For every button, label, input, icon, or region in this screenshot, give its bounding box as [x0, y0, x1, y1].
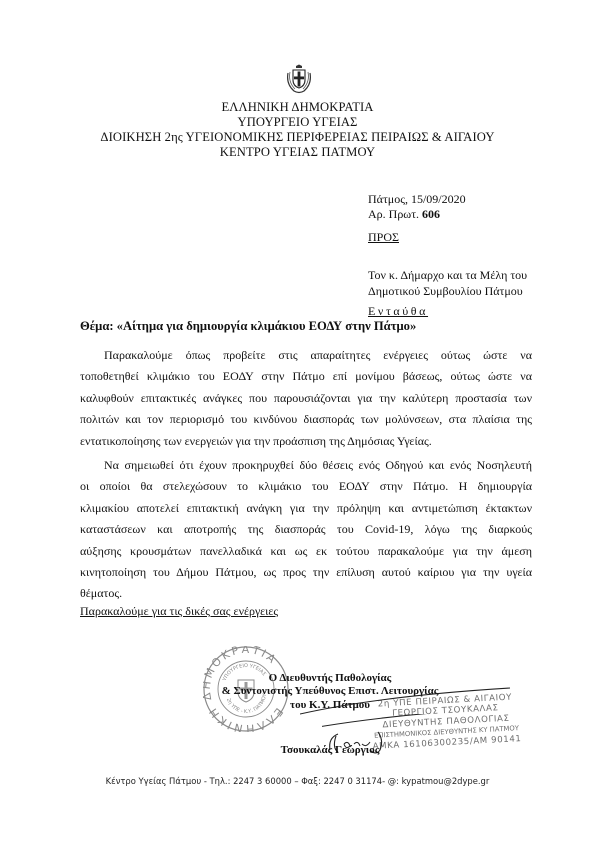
closing-request: Παρακαλούμε για τις δικές σας ενέργειες: [80, 604, 278, 619]
paragraph-2-line: Να σημειωθεί ότι έχουν προκηρυχθεί δύο θ…: [80, 455, 532, 476]
paragraph-2: Να σημειωθεί ότι έχουν προκηρυχθεί δύο θ…: [80, 455, 532, 605]
paragraph-2-line: οι οποίοι θα στελεχώσουν το κλιμάκιο του…: [80, 476, 532, 497]
paragraph-2-line: θέματος.: [80, 583, 532, 604]
paragraph-1: Παρακαλούμε όπως προβείτε στις απαραίτητ…: [80, 345, 532, 452]
paragraph-1-line: Παρακαλούμε όπως προβείτε στις απαραίτητ…: [80, 345, 532, 366]
paragraph-2-line: καταστάσεων και αποτροπής της διασποράς …: [80, 519, 532, 540]
paragraph-1-line: καλυφθούν επιτακτικές ανάγκες που παρουσ…: [80, 388, 532, 409]
header-health-center: ΚΕΝΤΡΟ ΥΓΕΙΑΣ ΠΑΤΜΟΥ: [0, 145, 595, 160]
paragraph-1-line: εντατικοποίησης των ενεργειών για την πρ…: [80, 431, 532, 452]
recipient-line-1: Τον κ. Δήμαρχο και τα Μέλη του: [368, 268, 527, 283]
signatory-name: Τσουκαλάς Γεώργιος: [200, 744, 460, 756]
paragraph-2-line: αύξησης κρουσμάτων πανελλαδικά και ως εκ…: [80, 541, 532, 562]
paragraph-1-line: τοποθετηθεί κλιμάκιο του ΕΟΔΥ στην Πάτμο…: [80, 366, 532, 387]
place-date: Πάτμος, 15/09/2020: [368, 192, 466, 207]
footer-contact: Κέντρο Υγείας Πάτμου - Τηλ.: 2247 3 6000…: [0, 776, 595, 786]
subject-line: Θέμα: «Αίτημα για δημιουργία κλιμάκιου Ε…: [80, 319, 416, 334]
protocol-label: Αρ. Πρωτ.: [368, 207, 422, 221]
paragraph-2-line: κινητοποίηση του Δήμου Πάτμου, ως προς τ…: [80, 562, 532, 583]
greek-coat-of-arms-icon: [285, 64, 313, 94]
protocol-number: 606: [422, 207, 440, 221]
letterhead: ΕΛΛΗΝΙΚΗ ΔΗΜΟΚΡΑΤΙΑ ΥΠΟΥΡΓΕΙΟ ΥΓΕΙΑΣ ΔΙΟ…: [0, 100, 595, 160]
header-republic: ΕΛΛΗΝΙΚΗ ΔΗΜΟΚΡΑΤΙΑ: [0, 100, 595, 115]
protocol-number-line: Αρ. Πρωτ. 606: [368, 207, 440, 222]
paragraph-1-line: πολιτών και τον περιορισμό του κινδύνου …: [80, 409, 532, 430]
header-ministry: ΥΠΟΥΡΓΕΙΟ ΥΓΕΙΑΣ: [0, 115, 595, 130]
to-label: ΠΡΟΣ: [368, 230, 399, 245]
recipient-location: Ενταύθα: [368, 304, 428, 319]
recipient-line-2: Δημοτικού Συμβουλίου Πάτμου: [368, 284, 523, 299]
signature-stroke-icon: [300, 684, 530, 724]
header-administration: ΔΙΟΙΚΗΣΗ 2ης ΥΓΕΙΟΝΟΜΙΚΗΣ ΠΕΡΙΦΕΡΕΙΑΣ ΠΕ…: [0, 130, 595, 145]
paragraph-2-line: κλιμακίου αποτελεί επιτακτική ανάγκη για…: [80, 498, 532, 519]
